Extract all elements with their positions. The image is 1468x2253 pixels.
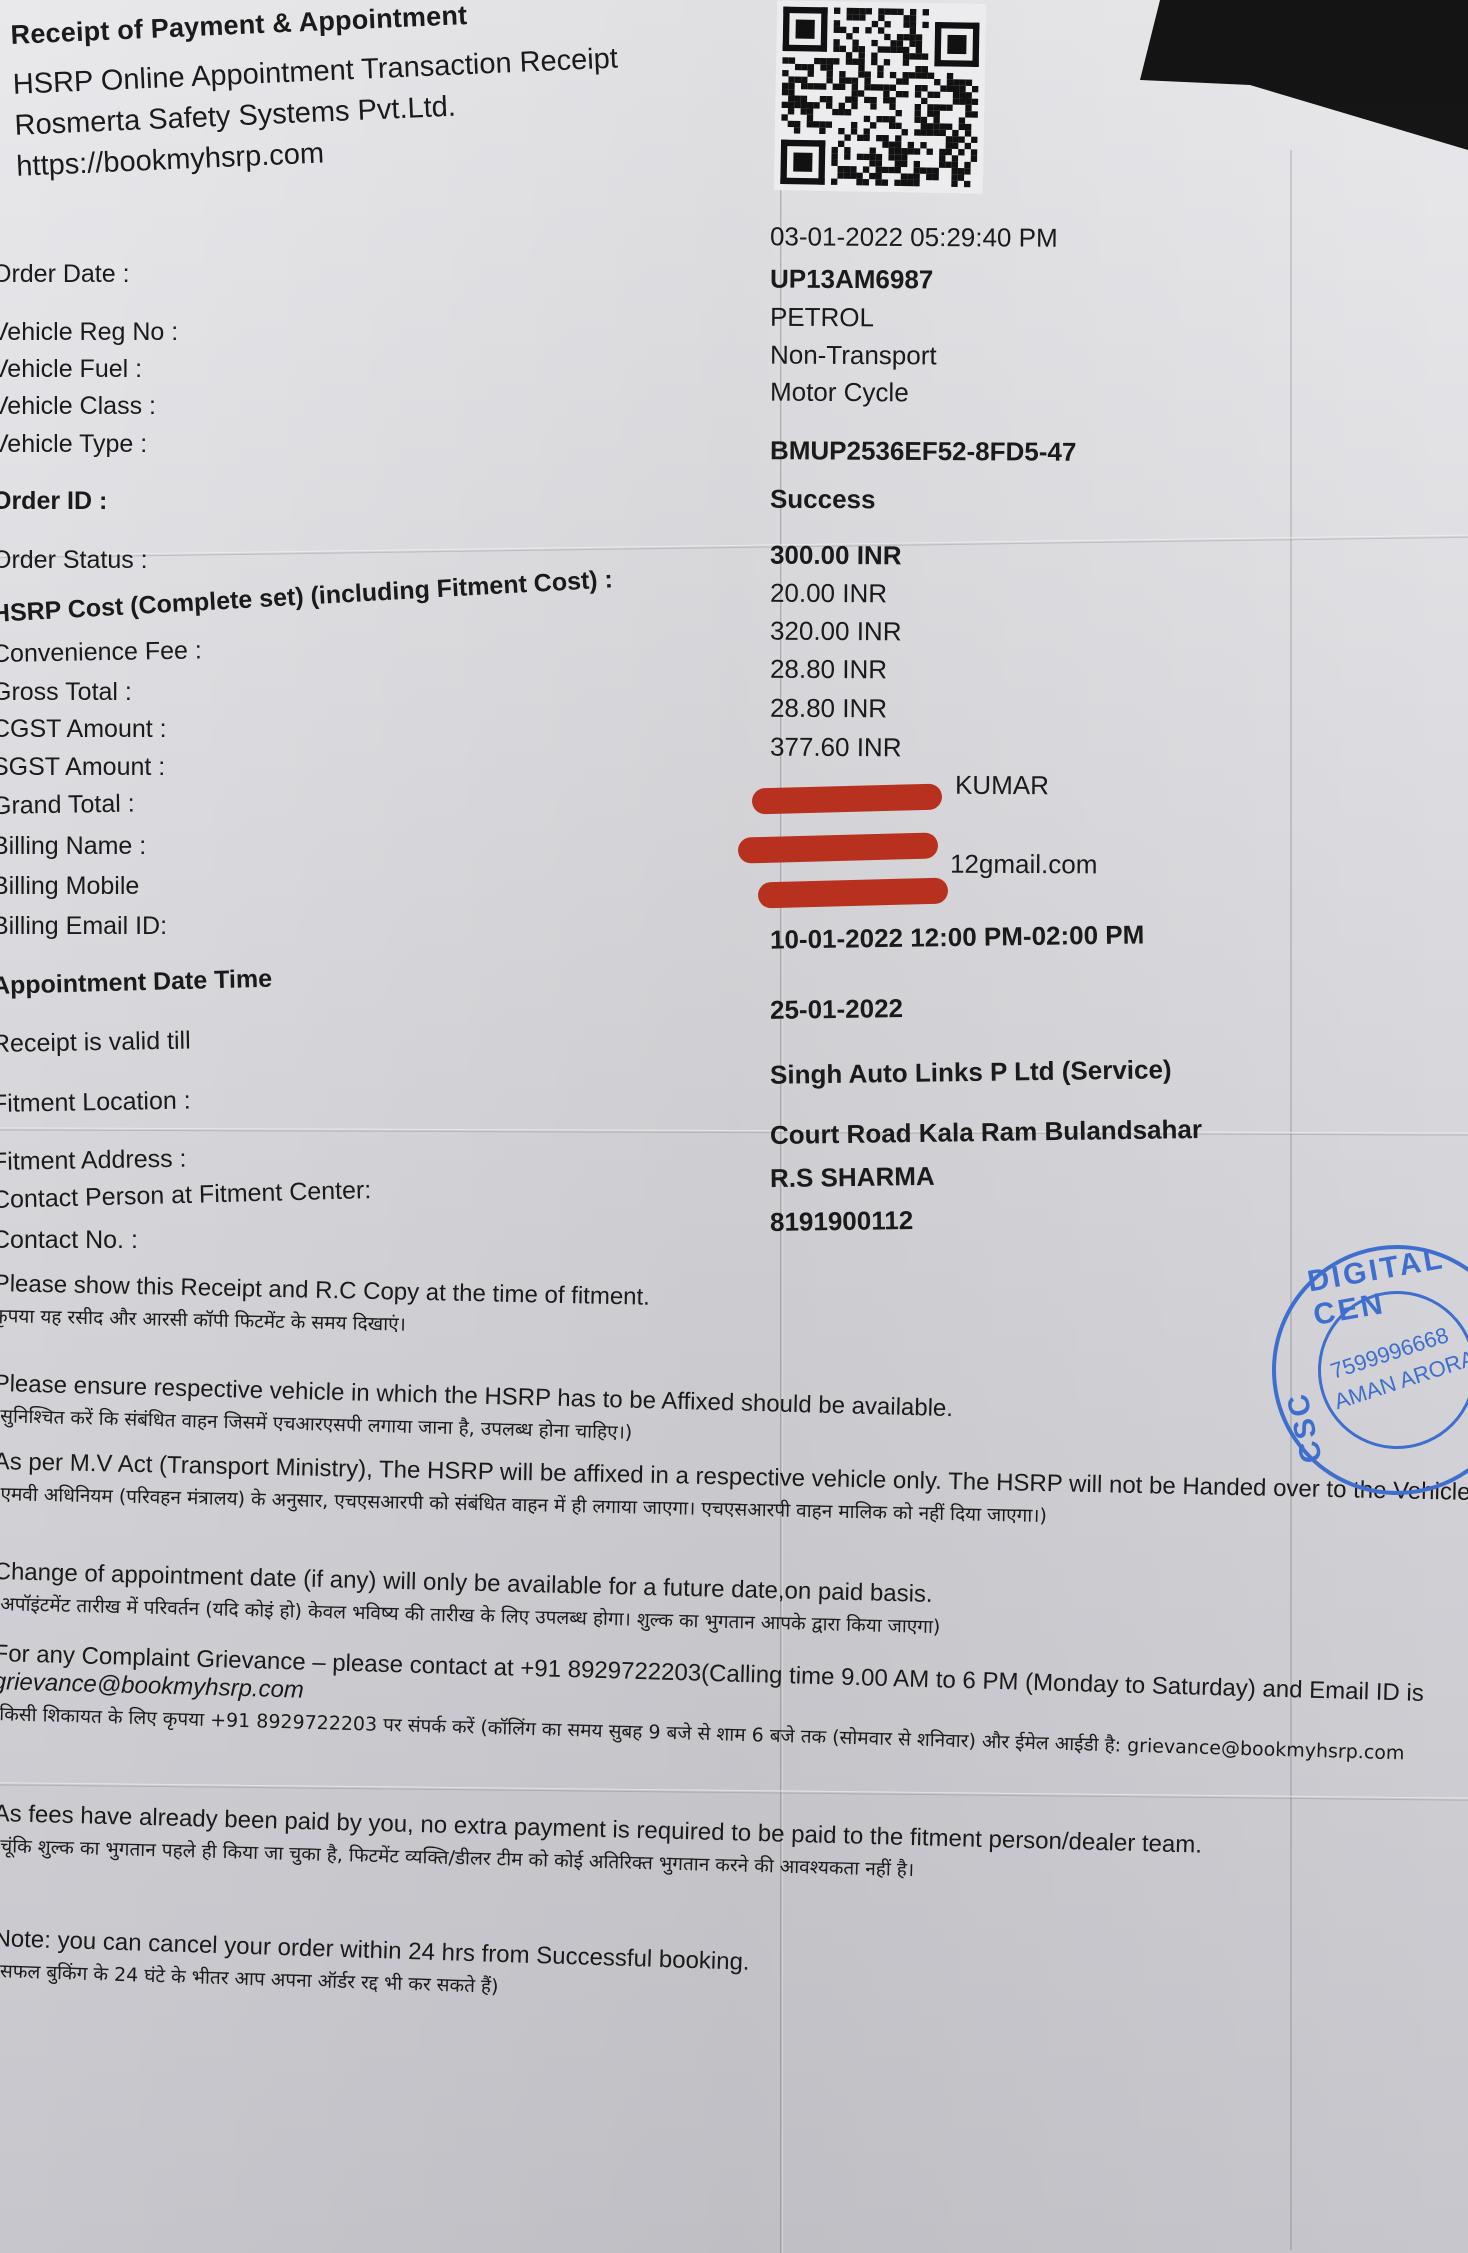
field-value: 28.80 INR xyxy=(770,654,887,686)
field-label: Fitment Location : xyxy=(0,1087,191,1119)
paper-fold-vertical-right xyxy=(1290,150,1292,2250)
field-label: Vehicle Type : xyxy=(0,430,147,459)
redaction-mark xyxy=(758,878,949,909)
field-value: Court Road Kala Ram Bulandsahar xyxy=(770,1114,1202,1151)
field-value: 320.00 INR xyxy=(770,616,902,648)
field-label: Grand Total : xyxy=(0,790,135,821)
field-label: Contact No. : xyxy=(0,1226,138,1255)
field-value: 25-01-2022 xyxy=(770,993,903,1026)
field-value: UP13AM6987 xyxy=(770,264,933,296)
qr-code-icon xyxy=(773,0,986,194)
field-label: Receipt is valid till xyxy=(0,1027,191,1059)
field-label: Order ID : xyxy=(0,487,107,516)
receipt-header: Receipt of Payment & Appointment HSRP On… xyxy=(10,0,622,184)
field-label: CGST Amount : xyxy=(0,715,167,744)
field-value: 12gmail.com xyxy=(950,849,1098,881)
field-label: Vehicle Reg No : xyxy=(0,318,178,347)
field-label: Billing Email ID: xyxy=(0,912,167,941)
field-value: 28.80 INR xyxy=(770,693,887,725)
field-value: Non-Transport xyxy=(770,340,937,372)
field-value: KUMAR xyxy=(955,770,1049,801)
field-value: 10-01-2022 12:00 PM-02:00 PM xyxy=(770,919,1145,955)
receipt-paper xyxy=(0,0,1468,2253)
field-label: Vehicle Class : xyxy=(0,392,156,421)
redaction-mark xyxy=(752,784,943,815)
field-label: Billing Mobile xyxy=(0,872,139,901)
field-label: SGST Amount : xyxy=(0,753,165,782)
field-value: BMUP2536EF52-8FD5-47 xyxy=(770,435,1077,468)
field-label: Order Status : xyxy=(0,546,148,575)
field-value: Success xyxy=(770,484,876,516)
field-value: 377.60 INR xyxy=(770,732,902,764)
field-value: 8191900112 xyxy=(770,1205,914,1238)
field-label: Convenience Fee : xyxy=(0,636,202,669)
field-value: PETROL xyxy=(770,302,874,334)
field-value: Motor Cycle xyxy=(770,377,909,409)
field-label: Fitment Address : xyxy=(0,1145,187,1177)
field-label: Gross Total : xyxy=(0,678,132,707)
field-label: Vehicle Fuel : xyxy=(0,355,142,384)
field-label: Order Date : xyxy=(0,260,130,289)
field-value: 20.00 INR xyxy=(770,578,887,610)
field-value: 300.00 INR xyxy=(770,540,902,572)
field-value: R.S SHARMA xyxy=(770,1161,935,1194)
field-value: Singh Auto Links P Ltd (Service) xyxy=(770,1054,1172,1091)
field-value: 03-01-2022 05:29:40 PM xyxy=(770,221,1058,254)
field-label: Billing Name : xyxy=(0,832,146,861)
redaction-mark xyxy=(738,832,939,863)
